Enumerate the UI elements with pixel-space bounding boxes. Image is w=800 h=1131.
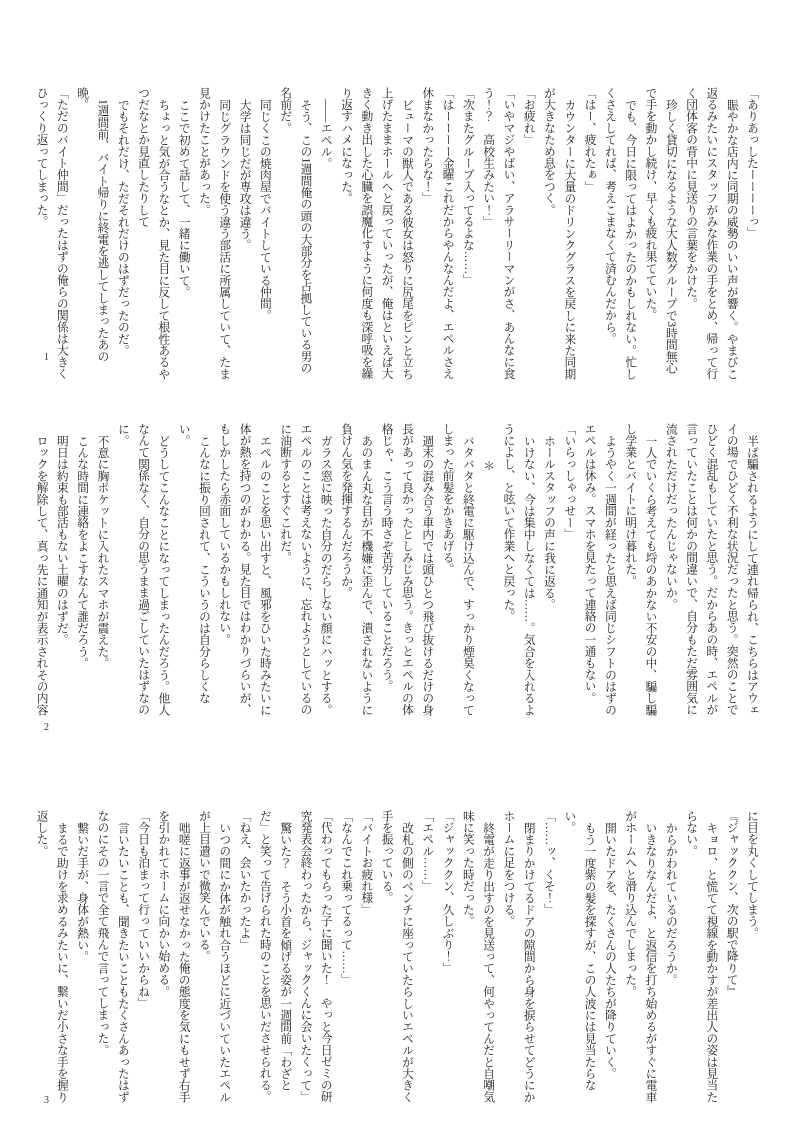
paragraph: でもそれだけ、ただそれだけのはずだったのだ。 <box>113 87 133 381</box>
paragraph: そう、この1週間俺の頭の大部分を占拠している男の名前だ。 <box>275 87 316 381</box>
paragraph: 咄嗟に返事が返せなかった俺の態度を気にもせず右手を引かれてホームに向かい始める。 <box>153 810 194 1104</box>
paragraph: からかわれているのだろうか。 <box>661 810 681 1104</box>
paragraph: ビューマの獣人である彼女は怒りに尻尾をピンと立ち上げたままホールへと戻っていった… <box>336 87 417 381</box>
paragraph: 「なんでこれ乗ってるって……」 <box>336 810 356 1104</box>
paragraph: 半ば騙されるようにして連れ帰られ、こちらはアウェイの場でひどく不利な状況だったと… <box>661 423 762 717</box>
paragraph: 賑やかな店内に同期の威勢のいい声が響く。やまびこ返るみたいにスタッフがみな作業の… <box>681 87 742 381</box>
paragraph: こんなに振り回されて、こういうのは自分らしくない。 <box>173 423 214 717</box>
paragraph: ちょっと気が合うなとか、見た目に反して根性あるやつだなとか見直したりして <box>133 87 174 381</box>
paragraph: カウンターに大量のドリンクグラスを戻しに来た同期が大きなため息をつく。 <box>539 87 580 381</box>
paragraph: 明日は約束も部活もない土曜のはずだ。 <box>52 423 72 717</box>
page-3: に目を丸くしてしまう。『ジャッククン、次の駅で降りて』キョロ、と慌てて視線を動か… <box>0 754 800 1131</box>
paragraph: まるで助けを求めるみたいに、繋いだ小さな手を握り返した。 <box>31 810 72 1104</box>
paragraph: 「代わってもらった子に聞いた！ やっと今日ゼミの研究発表会終わったから、ジャック… <box>295 810 336 1104</box>
paragraph: エペルのことを思い出すと、風邪をひいた時みたいに体が熱を持つのがわかる。見た目で… <box>214 423 275 717</box>
paragraph: 不意に胸ポケットに入れたスマホが震えた。 <box>92 423 112 717</box>
paragraph: 終電が走り出すのを見送って、何やってんだと自嘲気味に笑った時だった。 <box>458 810 499 1104</box>
paragraph: キョロ、と慌てて視線を動かすが差出人の姿は見当たらない。 <box>681 810 722 1104</box>
paragraph: バタバタと終電に駆け込んで、すっかり煙臭くなってしまった前髪をかきあげる。 <box>437 423 478 717</box>
paragraph: 閉まりかけてるドアの隙間から身を捩らせてどうにかホームに足をつける。 <box>498 810 539 1104</box>
paragraph: 1週間前、バイト帰りに終電を逃してしまったあの晩。 <box>72 87 113 381</box>
paragraph: 改札の側のベンチに座っていたらしいエペルが大きく手を振っている。 <box>376 810 417 1104</box>
page-1: 「ありあっしたーーーーっ」賑やかな店内に同期の威勢のいい声が響く。やまびこ返るみ… <box>0 0 800 377</box>
paragraph: 「いらっしゃっせー」 <box>559 423 579 717</box>
paragraph: でも、今日に限ってはよかったのかもしれない。忙しくさえしてれば、考えこまなくて済… <box>600 87 641 381</box>
paragraph: 大学は同じだが専攻は違う。 <box>234 87 254 381</box>
section-separator: ＊ <box>478 423 498 717</box>
paragraph: ようやく一週間が経ったと思えば同じシフトのはずのエペルは休み。スマホを見たって連… <box>579 423 620 717</box>
paragraph: 「ジャッククン、久しぶり！」 <box>437 810 457 1104</box>
paragraph: ロックを解除して、真っ先に通知が表示されその内容 <box>31 423 51 717</box>
paragraph: 「バイトお疲れ様」 <box>356 810 376 1104</box>
page-2-number: 2 <box>44 722 49 733</box>
paragraph: ガラス窓に映った自分のだらしない顔にハッとする。エペルのことは考えないように、忘… <box>275 423 336 717</box>
page-3-number: 3 <box>44 1095 49 1106</box>
paragraph: 「はーーーー金曜これだからやんなんだよ、エペルさえ休まなかったらな！」 <box>417 87 458 381</box>
paragraph: 「……ッ、くそ！」 <box>539 810 559 1104</box>
paragraph: 言いたいことも、聞きたいこともたくさんあったはずなのにその一言で全て飛んで言って… <box>92 810 133 1104</box>
page-2: 半ば騙されるようにして連れ帰られ、こちらはアウェイの場でひどく不利な状況だったと… <box>0 377 800 754</box>
paragraph: 「いやマジやばい、アラサーリーマンがさ、あんなに食う！？ 高校生みたい！」 <box>478 87 519 381</box>
paragraph: 「ありあっしたーーーーっ」 <box>742 87 762 381</box>
page-3-text: に目を丸くしてしまう。『ジャッククン、次の駅で降りて』キョロ、と慌てて視線を動か… <box>31 810 762 1104</box>
paragraph: 「エペル……」 <box>417 810 437 1104</box>
paragraph: 同じくこの焼肉屋でバイトしている仲間。 <box>255 87 275 381</box>
paragraph: いけない、今は集中しなくては……。気合を入れるようによし、と呟いて作業へと戻った… <box>498 423 539 717</box>
paragraph: ――エペル。 <box>315 87 335 381</box>
paragraph: どうしてこんなことになってしまったんだろう。他人なんて関係なく、自分の思うまま過… <box>113 423 174 717</box>
paragraph: 「今日も泊まって行っていいからね」 <box>133 810 153 1104</box>
paragraph: ここで初めて話して、一緒に働いて。 <box>173 87 193 381</box>
paragraph: 珍しく貸切になるような大人数グループで3時間無心で手を動かし続け、早くも疲れ果て… <box>640 87 681 381</box>
paragraph: 開いたドアを、たくさんの人たちが降りていく。 <box>600 810 620 1104</box>
paragraph: 「次またグループ入ってるよな……」 <box>458 87 478 381</box>
paragraph: もう一度紫の髪を探すが、この人波には見当たらない。 <box>559 810 600 1104</box>
paragraph: 驚いた？ そう小首を傾げる姿が一週間前「わざとだ」と笑って告げられた時のことを思… <box>255 810 296 1104</box>
paragraph: 週末の混み合う車内では頭ひとつ飛び抜けるだけの身長があって良かったとしみじみ思う… <box>376 423 437 717</box>
paragraph: 「ただのバイト仲間」だったはずの俺らの関係は大きくひっくり返ってしまった。 <box>31 87 72 381</box>
paragraph: ホールスタッフの声に我に返る。 <box>539 423 559 717</box>
paragraph: あのまん丸な目が不機嫌に歪んで、潰されないように負けん気を発揮するんだろうか。 <box>336 423 377 717</box>
paragraph: いつの間にか体が触れ合うほどに近づいていたエペルが上目遣いで微笑んでいる。 <box>194 810 235 1104</box>
paragraph: 同じグラウンドを使う違う部活に所属していて、たま見かけたことがあった。 <box>194 87 235 381</box>
page-1-number: 1 <box>44 352 49 363</box>
paragraph: 「はー、疲れたぁ」 <box>579 87 599 381</box>
page-1-text: 「ありあっしたーーーーっ」賑やかな店内に同期の威勢のいい声が響く。やまびこ返るみ… <box>31 87 762 381</box>
novel-document: 「ありあっしたーーーーっ」賑やかな店内に同期の威勢のいい声が響く。やまびこ返るみ… <box>0 0 800 1131</box>
paragraph: に目を丸くしてしまう。 <box>742 810 762 1104</box>
paragraph: 繋いだ手が、身体が熱い。 <box>72 810 92 1104</box>
paragraph: 一人でいくら考えても埒のあかない不安の中、騙し騙し学業とバイトに明け暮れた。 <box>620 423 661 717</box>
paragraph: 「ねえ、会いたかったよ」 <box>234 810 254 1104</box>
paragraph: いきなりなんだよ、と返信を打ち始めるがすぐに電車がホームへと滑り込んでしまった。 <box>620 810 661 1104</box>
paragraph: 「お疲れ」 <box>518 87 538 381</box>
paragraph: こんな時間に連絡をよこすなんて誰だろう。 <box>72 423 92 717</box>
paragraph: 『ジャッククン、次の駅で降りて』 <box>721 810 741 1104</box>
page-2-text: 半ば騙されるようにして連れ帰られ、こちらはアウェイの場でひどく不利な状況だったと… <box>31 423 762 717</box>
